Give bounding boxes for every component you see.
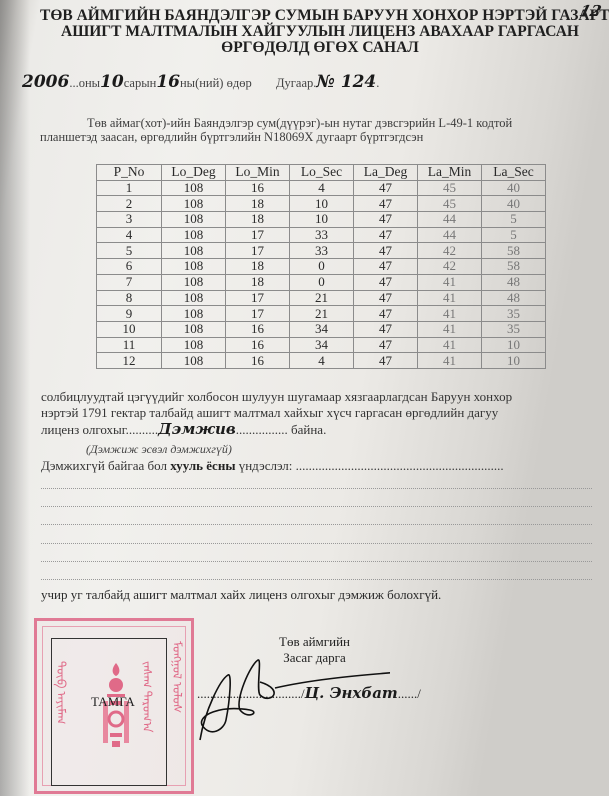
table-cell: 6 [97,259,162,275]
table-body: 1108164474540210818104745403108181047445… [97,180,546,368]
table-cell: 10 [290,196,354,212]
table-cell: 47 [354,243,418,259]
mongolian-script-left: ᠲᠥᠪ ᠠᠶᠢᠮᠠᠭ [55,661,69,771]
table-cell: 48 [482,274,546,290]
column-header: La_Min [418,165,482,181]
table-cell: 17 [226,227,290,243]
table-cell: 33 [290,227,354,243]
table-cell: 108 [162,212,226,228]
table-row: 1108164474540 [97,180,546,196]
reason-suffix: үндэслэл: ..............................… [235,458,503,473]
table-row: 111081634474110 [97,337,546,353]
table-cell: 41 [418,290,482,306]
table-cell: 108 [162,180,226,196]
table-cell: 47 [354,227,418,243]
title-line-3: ӨРГӨДӨЛД ӨГӨХ САНАЛ [40,40,600,56]
table-cell: 16 [226,180,290,196]
column-header: Lo_Sec [290,165,354,181]
table-cell: 0 [290,274,354,290]
table-cell: 47 [354,180,418,196]
table-cell: 10 [97,321,162,337]
table-cell: 41 [418,353,482,369]
signature-scrawl-icon [190,650,390,750]
paragraph-line-3: лиценз олгохыг..........Дэмжив..........… [41,421,596,438]
number-label: Дугаар. [276,76,316,90]
table-cell: 47 [354,353,418,369]
table-cell: 10 [482,337,546,353]
license-suffix: ................ байна. [236,422,327,437]
table-cell: 4 [290,353,354,369]
table-cell: 58 [482,259,546,275]
title-line-1: ТӨВ АЙМГИЙН БАЯНДЭЛГЭР СУМЫН БАРУУН ХОНХ… [40,8,600,24]
number-line: Дугаар.№ 124. [276,72,379,92]
table-cell: 47 [354,196,418,212]
table-cell: 9 [97,306,162,322]
blank-line [41,506,592,507]
column-header: La_Sec [482,165,546,181]
mongolian-script-right: ᠵᠠᠰᠠᠭ ᠳᠠᠷᠤᠭ᠎ᠠ [141,661,155,771]
table-cell: 45 [418,180,482,196]
table-cell: 47 [354,274,418,290]
table-cell: 108 [162,306,226,322]
table-cell: 108 [162,353,226,369]
table-cell: 108 [162,337,226,353]
table-cell: 34 [290,337,354,353]
handwritten-decision: Дэмжив [158,420,236,438]
table-cell: 44 [418,212,482,228]
table-cell: 47 [354,306,418,322]
reason-line: Дэмжихгүй байгаа бол хууль ёсны үндэслэл… [41,458,504,474]
blank-line [41,488,592,489]
table-cell: 4 [97,227,162,243]
table-cell: 35 [482,321,546,337]
handwritten-month: 10 [100,72,124,92]
table-cell: 47 [354,337,418,353]
table-cell: 21 [290,290,354,306]
blank-line [41,579,592,580]
title-line-2: АШИГТ МАЛТМАЛЫН ХАЙГУУЛЫН ЛИЦЕНЗ АВАХААР… [40,24,600,40]
table-cell: 34 [290,321,354,337]
table-cell: 47 [354,290,418,306]
support-hint: (Дэмжиж эсвэл дэмжихгүй) [86,442,232,457]
table-cell: 108 [162,196,226,212]
table-cell: 18 [226,196,290,212]
handwritten-year: 2006 [22,72,69,92]
year-label: ...оны [69,76,100,90]
table-cell: 10 [290,212,354,228]
intro-line-1: Төв аймаг(хот)-ийн Баяндэлгэр сум(дүүрэг… [40,116,600,130]
column-header: Lo_Min [226,165,290,181]
table-cell: 21 [290,306,354,322]
table-cell: 41 [418,337,482,353]
table-cell: 47 [354,212,418,228]
table-cell: 41 [418,306,482,322]
table-cell: 108 [162,321,226,337]
table-header-row: P_NoLo_DegLo_MinLo_SecLa_DegLa_MinLa_Sec [97,165,546,181]
table-cell: 1 [97,180,162,196]
document-title: ТӨВ АЙМГИЙН БАЯНДЭЛГЭР СУМЫН БАРУУН ХОНХ… [40,8,600,56]
table-row: 101081634474135 [97,321,546,337]
paragraph-line-2: нэртэй 1791 гектар талбайд ашигт малтмал… [41,405,596,421]
blank-line [41,561,592,562]
date-line: 2006...оны10сарын16ны(ний) өдөр [22,72,252,92]
table-cell: 0 [290,259,354,275]
table-cell: 41 [418,274,482,290]
table-cell: 33 [290,243,354,259]
column-header: La_Deg [354,165,418,181]
column-header: P_No [97,165,162,181]
blank-line [41,524,592,525]
table-row: 21081810474540 [97,196,546,212]
table-row: 12108164474110 [97,353,546,369]
table-cell: 18 [226,259,290,275]
paragraph-line-1: солбицлуудтай цэгүүдийг холбосон шулуун … [41,389,596,405]
intro-text: Төв аймаг(хот)-ийн Баяндэлгэр сум(дүүрэг… [40,116,600,144]
handwritten-day: 16 [156,72,180,92]
table-cell: 42 [418,243,482,259]
table-cell: 16 [226,337,290,353]
column-header: Lo_Deg [162,165,226,181]
official-stamp: ᠲᠥᠪ ᠠᠶᠢᠮᠠᠭ ᠵᠠᠰᠠᠭ ᠳᠠᠷᠤᠭ᠎ᠠ ᠮᠣᠩᠭᠣᠯ ᠤᠯᠤᠰ ТАМ… [34,618,194,794]
table-row: 81081721474148 [97,290,546,306]
reason-prefix: Дэмжихгүй байгаа бол [41,458,170,473]
table-cell: 44 [418,227,482,243]
table-cell: 40 [482,180,546,196]
blank-line [41,543,592,544]
mongolian-script-outer: ᠮᠣᠩᠭᠣᠯ ᠤᠯᠤᠰ [171,641,185,781]
table-cell: 5 [97,243,162,259]
intro-line-2: планшетэд заасан, өргөдлийн бүртгэлийн N… [40,130,600,144]
table-cell: 3 [97,212,162,228]
table-cell: 58 [482,243,546,259]
table-cell: 17 [226,243,290,259]
signatory-line-1: Төв аймгийн [279,634,350,650]
table-cell: 108 [162,243,226,259]
table-cell: 108 [162,290,226,306]
table-cell: 48 [482,290,546,306]
table-cell: 108 [162,227,226,243]
table-cell: 4 [290,180,354,196]
page-edge-shadow [0,0,30,796]
table-cell: 10 [482,353,546,369]
table-row: 4108173347445 [97,227,546,243]
table-row: 51081733474258 [97,243,546,259]
table-cell: 47 [354,259,418,275]
table-cell: 5 [482,227,546,243]
closing-sentence: учир уг талбайд ашигт малтмал хайх лицен… [41,587,441,603]
table-row: 7108180474148 [97,274,546,290]
table-row: 91081721474135 [97,306,546,322]
table-row: 6108180474258 [97,259,546,275]
table-cell: 11 [97,337,162,353]
table-cell: 2 [97,196,162,212]
table-cell: 16 [226,321,290,337]
table-cell: 16 [226,353,290,369]
license-prefix: лиценз олгохыг.......... [41,422,158,437]
table-cell: 45 [418,196,482,212]
table-cell: 18 [226,274,290,290]
table-cell: 40 [482,196,546,212]
table-cell: 42 [418,259,482,275]
handwritten-number: № 124 [316,72,376,92]
table-cell: 18 [226,212,290,228]
soyombo-emblem-icon [101,661,131,761]
table-cell: 41 [418,321,482,337]
table-cell: 108 [162,274,226,290]
table-cell: 5 [482,212,546,228]
table-cell: 8 [97,290,162,306]
month-label: сарын [124,76,157,90]
table-row: 3108181047445 [97,212,546,228]
table-cell: 35 [482,306,546,322]
coordinates-table: P_NoLo_DegLo_MinLo_SecLa_DegLa_MinLa_Sec… [96,164,546,369]
area-paragraph: солбицлуудтай цэгүүдийг холбосон шулуун … [41,389,596,438]
day-label: ны(ний) өдөр [180,76,252,90]
table-cell: 12 [97,353,162,369]
table-cell: 7 [97,274,162,290]
table-cell: 17 [226,290,290,306]
table-cell: 17 [226,306,290,322]
stamp-label: ТАМГА [91,694,135,710]
table-cell: 47 [354,321,418,337]
signature-end: ....../ [398,686,421,701]
number-suffix: . [376,76,379,90]
reason-bold: хууль ёсны [170,458,235,473]
table-cell: 108 [162,259,226,275]
